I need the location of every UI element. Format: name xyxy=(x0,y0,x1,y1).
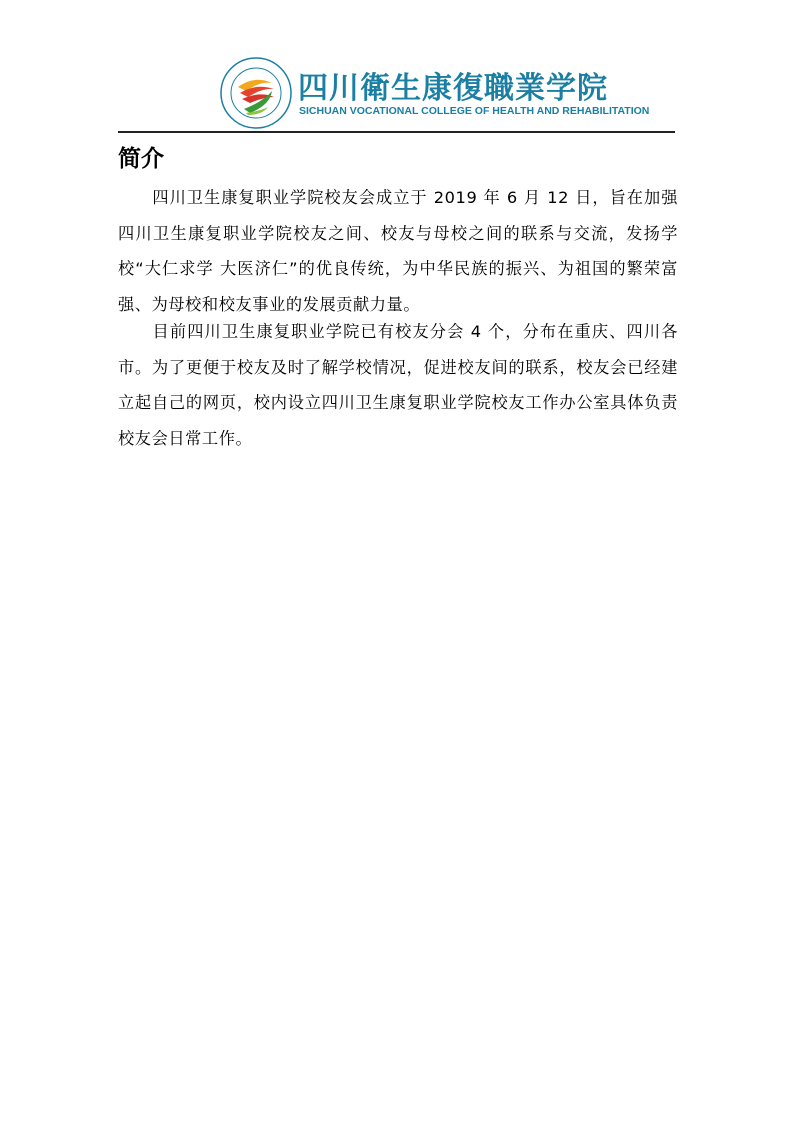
college-name-en: SICHUAN VOCATIONAL COLLEGE OF HEALTH AND… xyxy=(299,105,649,117)
college-name-cn: 四川衛生康復職業学院 xyxy=(298,63,608,107)
paragraph-2: 目前四川卫生康复职业学院已有校友分会 4 个，分布在重庆、四川各市。为了更便于校… xyxy=(118,314,678,456)
page-header: 四川衛生康復職業学院 SICHUAN VOCATIONAL COLLEGE OF… xyxy=(220,57,610,131)
paragraph-2-text: 目前四川卫生康复职业学院已有校友分会 4 个，分布在重庆、四川各市。为了更便于校… xyxy=(118,322,678,448)
college-logo-icon xyxy=(220,57,292,129)
page-title: 简介 xyxy=(118,140,164,173)
paragraph-1: 四川卫生康复职业学院校友会成立于 2019 年 6 月 12 日，旨在加强四川卫… xyxy=(118,180,678,322)
paragraph-1-text: 四川卫生康复职业学院校友会成立于 2019 年 6 月 12 日，旨在加强四川卫… xyxy=(118,188,678,314)
header-divider xyxy=(118,131,675,133)
